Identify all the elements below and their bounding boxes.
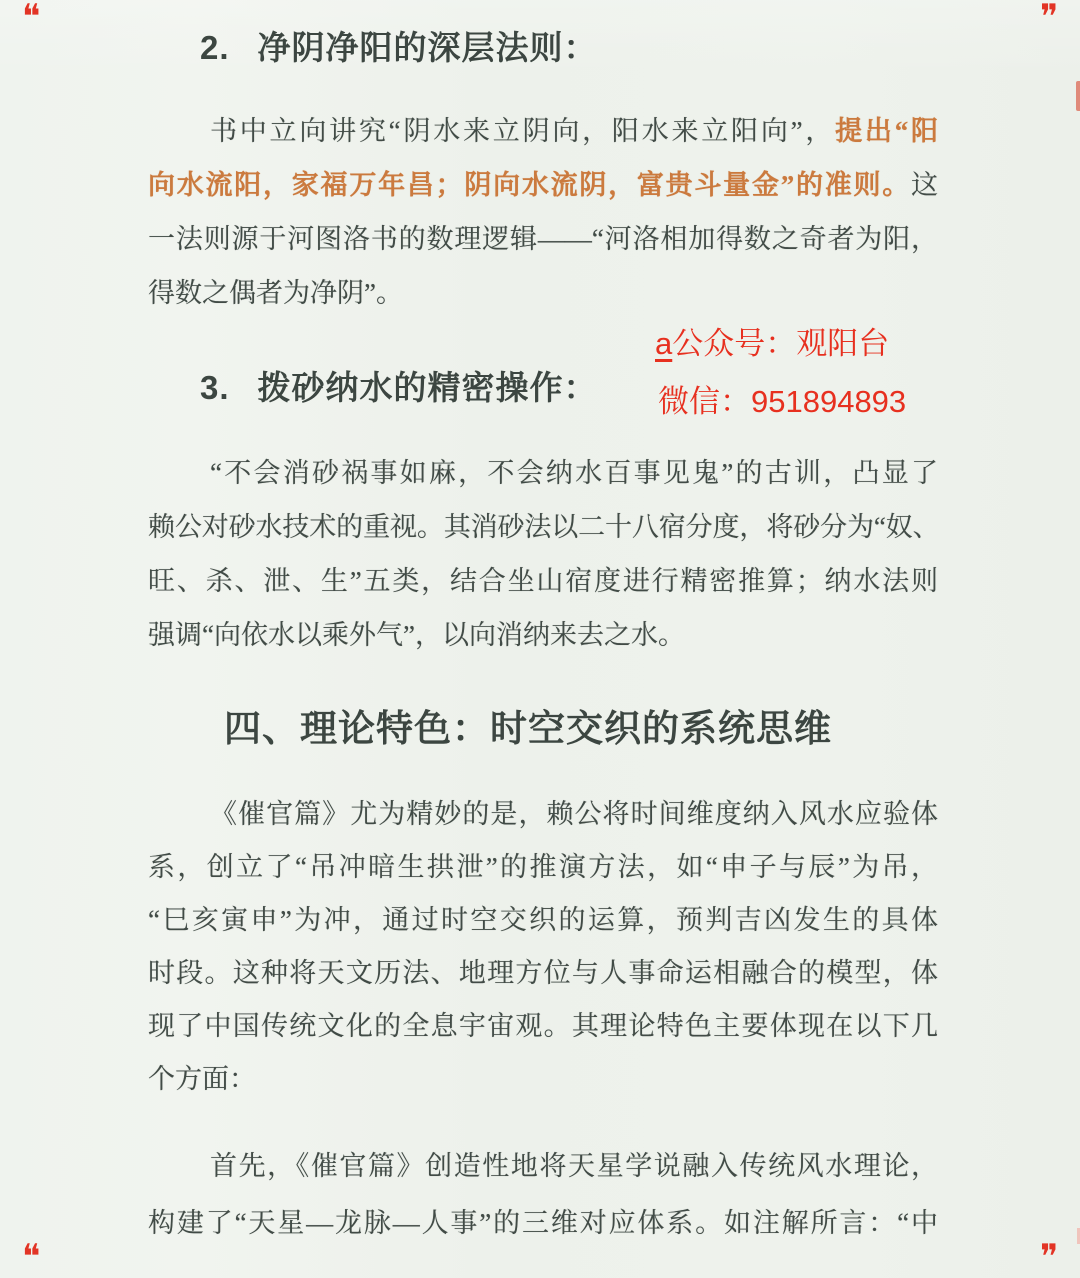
watermark-line-2: 微信：951894893 bbox=[658, 376, 906, 421]
heading-3-title: 拨砂纳水的精密操作： bbox=[258, 369, 598, 406]
text-line: 强调“向依水以乘外气”，以向消纳来去之水。 bbox=[148, 608, 938, 662]
text-line: 赖公对砂水技术的重视。其消砂法以二十八宿分度，将砂分为“奴、 bbox=[148, 500, 938, 554]
corner-quote-icon: ❞ bbox=[1040, 0, 1058, 34]
paragraph-1: 书中立向讲究“阴水来立阴向，阳水来立阳向”，提出“阳 向水流阳，家福万年昌；阴向… bbox=[148, 104, 938, 320]
watermark-account: 公众号：观阳台 bbox=[672, 326, 889, 361]
text-run: “巳亥寅申”为冲，通过时空交织的运算，预判吉凶发生的具体 bbox=[148, 905, 938, 935]
corner-quote-icon: ❞ bbox=[1040, 1240, 1058, 1274]
text-run: 系，创立了“吊冲暗生拱泄”的推演方法，如“申子与辰”为吊， bbox=[148, 852, 938, 882]
text-line: 时段。这种将天文历法、地理方位与人事命运相融合的模型，体 bbox=[148, 947, 938, 1000]
text-run: 首先，《催官篇》创造性地将天星学说融入传统风水理论， bbox=[210, 1151, 938, 1181]
text-line: 构建了“天星—龙脉—人事”的三维对应体系。如注解所言：“中 bbox=[148, 1195, 938, 1252]
text-line: 得数之偶者为净阴”。 bbox=[148, 266, 938, 320]
text-line: 一法则源于河图洛书的数理逻辑——“河洛相加得数之奇者为阳， bbox=[148, 212, 938, 266]
paragraph-3: 《催官篇》尤为精妙的是，赖公将时间维度纳入风水应验体 系，创立了“吊冲暗生拱泄”… bbox=[148, 788, 938, 1106]
text-run: 赖公对砂水技术的重视。其消砂法以二十八宿分度，将砂分为“奴、 bbox=[148, 512, 938, 542]
paragraph-2: “不会消砂祸事如麻，不会纳水百事见鬼”的古训，凸显了 赖公对砂水技术的重视。其消… bbox=[148, 446, 938, 662]
text-run: 书中立向讲究“阴水来立阴向，阳水来立阳向”， bbox=[210, 116, 835, 146]
text-run: 得数之偶者为净阴”。 bbox=[148, 278, 403, 308]
text-run: 现了中国传统文化的全息宇宙观。其理论特色主要体现在以下几 bbox=[148, 1011, 938, 1041]
text-run: 构建了“天星—龙脉—人事”的三维对应体系。如注解所言：“中 bbox=[148, 1208, 938, 1238]
text-run: 《催官篇》尤为精妙的是，赖公将时间维度纳入风水应验体 bbox=[210, 799, 938, 829]
text-line: 现了中国传统文化的全息宇宙观。其理论特色主要体现在以下几 bbox=[148, 1000, 938, 1053]
text-line: 系，创立了“吊冲暗生拱泄”的推演方法，如“申子与辰”为吊， bbox=[148, 841, 938, 894]
heading-4-title: 四、理论特色：时空交织的系统思维 bbox=[224, 708, 832, 749]
highlight-run: 向水流阳，家福万年昌；阴向水流阴，富贵斗量金”的准则。 bbox=[148, 170, 911, 200]
text-line: “不会消砂祸事如麻，不会纳水百事见鬼”的古训，凸显了 bbox=[148, 446, 938, 500]
text-line: 《催官篇》尤为精妙的是，赖公将时间维度纳入风水应验体 bbox=[148, 788, 938, 841]
text-run: 时段。这种将天文历法、地理方位与人事命运相融合的模型，体 bbox=[148, 958, 938, 988]
paragraph-4: 首先，《催官篇》创造性地将天星学说融入传统风水理论， 构建了“天星—龙脉—人事”… bbox=[148, 1138, 938, 1252]
text-line: “巳亥寅申”为冲，通过时空交织的运算，预判吉凶发生的具体 bbox=[148, 894, 938, 947]
text-run: 这 bbox=[911, 170, 938, 200]
text-run: 个方面： bbox=[148, 1064, 256, 1094]
text-line: 向水流阳，家福万年昌；阴向水流阴，富贵斗量金”的准则。这 bbox=[148, 158, 938, 212]
highlight-run: 提出“阳 bbox=[835, 116, 938, 146]
red-edge-artifact bbox=[1076, 81, 1080, 111]
text-line: 书中立向讲究“阴水来立阴向，阳水来立阳向”，提出“阳 bbox=[148, 104, 938, 158]
text-run: 旺、杀、泄、生”五类，结合坐山宿度进行精密推算；纳水法则 bbox=[148, 566, 938, 596]
text-run: “不会消砂祸事如麻，不会纳水百事见鬼”的古训，凸显了 bbox=[210, 458, 938, 488]
corner-quote-icon: ❝ bbox=[22, 0, 40, 34]
text-run: 一法则源于河图洛书的数理逻辑——“河洛相加得数之奇者为阳， bbox=[148, 224, 938, 254]
watermark-line-1: a公众号：观阳台 bbox=[655, 318, 889, 363]
text-run: 强调“向依水以乘外气”，以向消纳来去之水。 bbox=[148, 620, 685, 650]
heading-2-title: 净阴净阳的深层法则： bbox=[258, 29, 598, 66]
text-line: 首先，《催官篇》创造性地将天星学说融入传统风水理论， bbox=[148, 1138, 938, 1195]
heading-section-2: 2.净阴净阳的深层法则： bbox=[200, 22, 598, 69]
watermark-prefix: a bbox=[655, 326, 672, 361]
watermark-wechat: 微信：951894893 bbox=[658, 384, 906, 419]
document-page: 2.净阴净阳的深层法则： 书中立向讲究“阴水来立阴向，阳水来立阳向”，提出“阳 … bbox=[0, 0, 1080, 1278]
heading-2-number: 2. bbox=[200, 29, 230, 66]
heading-section-3: 3.拨砂纳水的精密操作： bbox=[200, 362, 598, 409]
text-line: 个方面： bbox=[148, 1053, 938, 1106]
heading-3-number: 3. bbox=[200, 369, 230, 406]
corner-quote-icon: ❝ bbox=[22, 1240, 40, 1274]
text-line: 旺、杀、泄、生”五类，结合坐山宿度进行精密推算；纳水法则 bbox=[148, 554, 938, 608]
heading-section-4: 四、理论特色：时空交织的系统思维 bbox=[224, 698, 832, 752]
